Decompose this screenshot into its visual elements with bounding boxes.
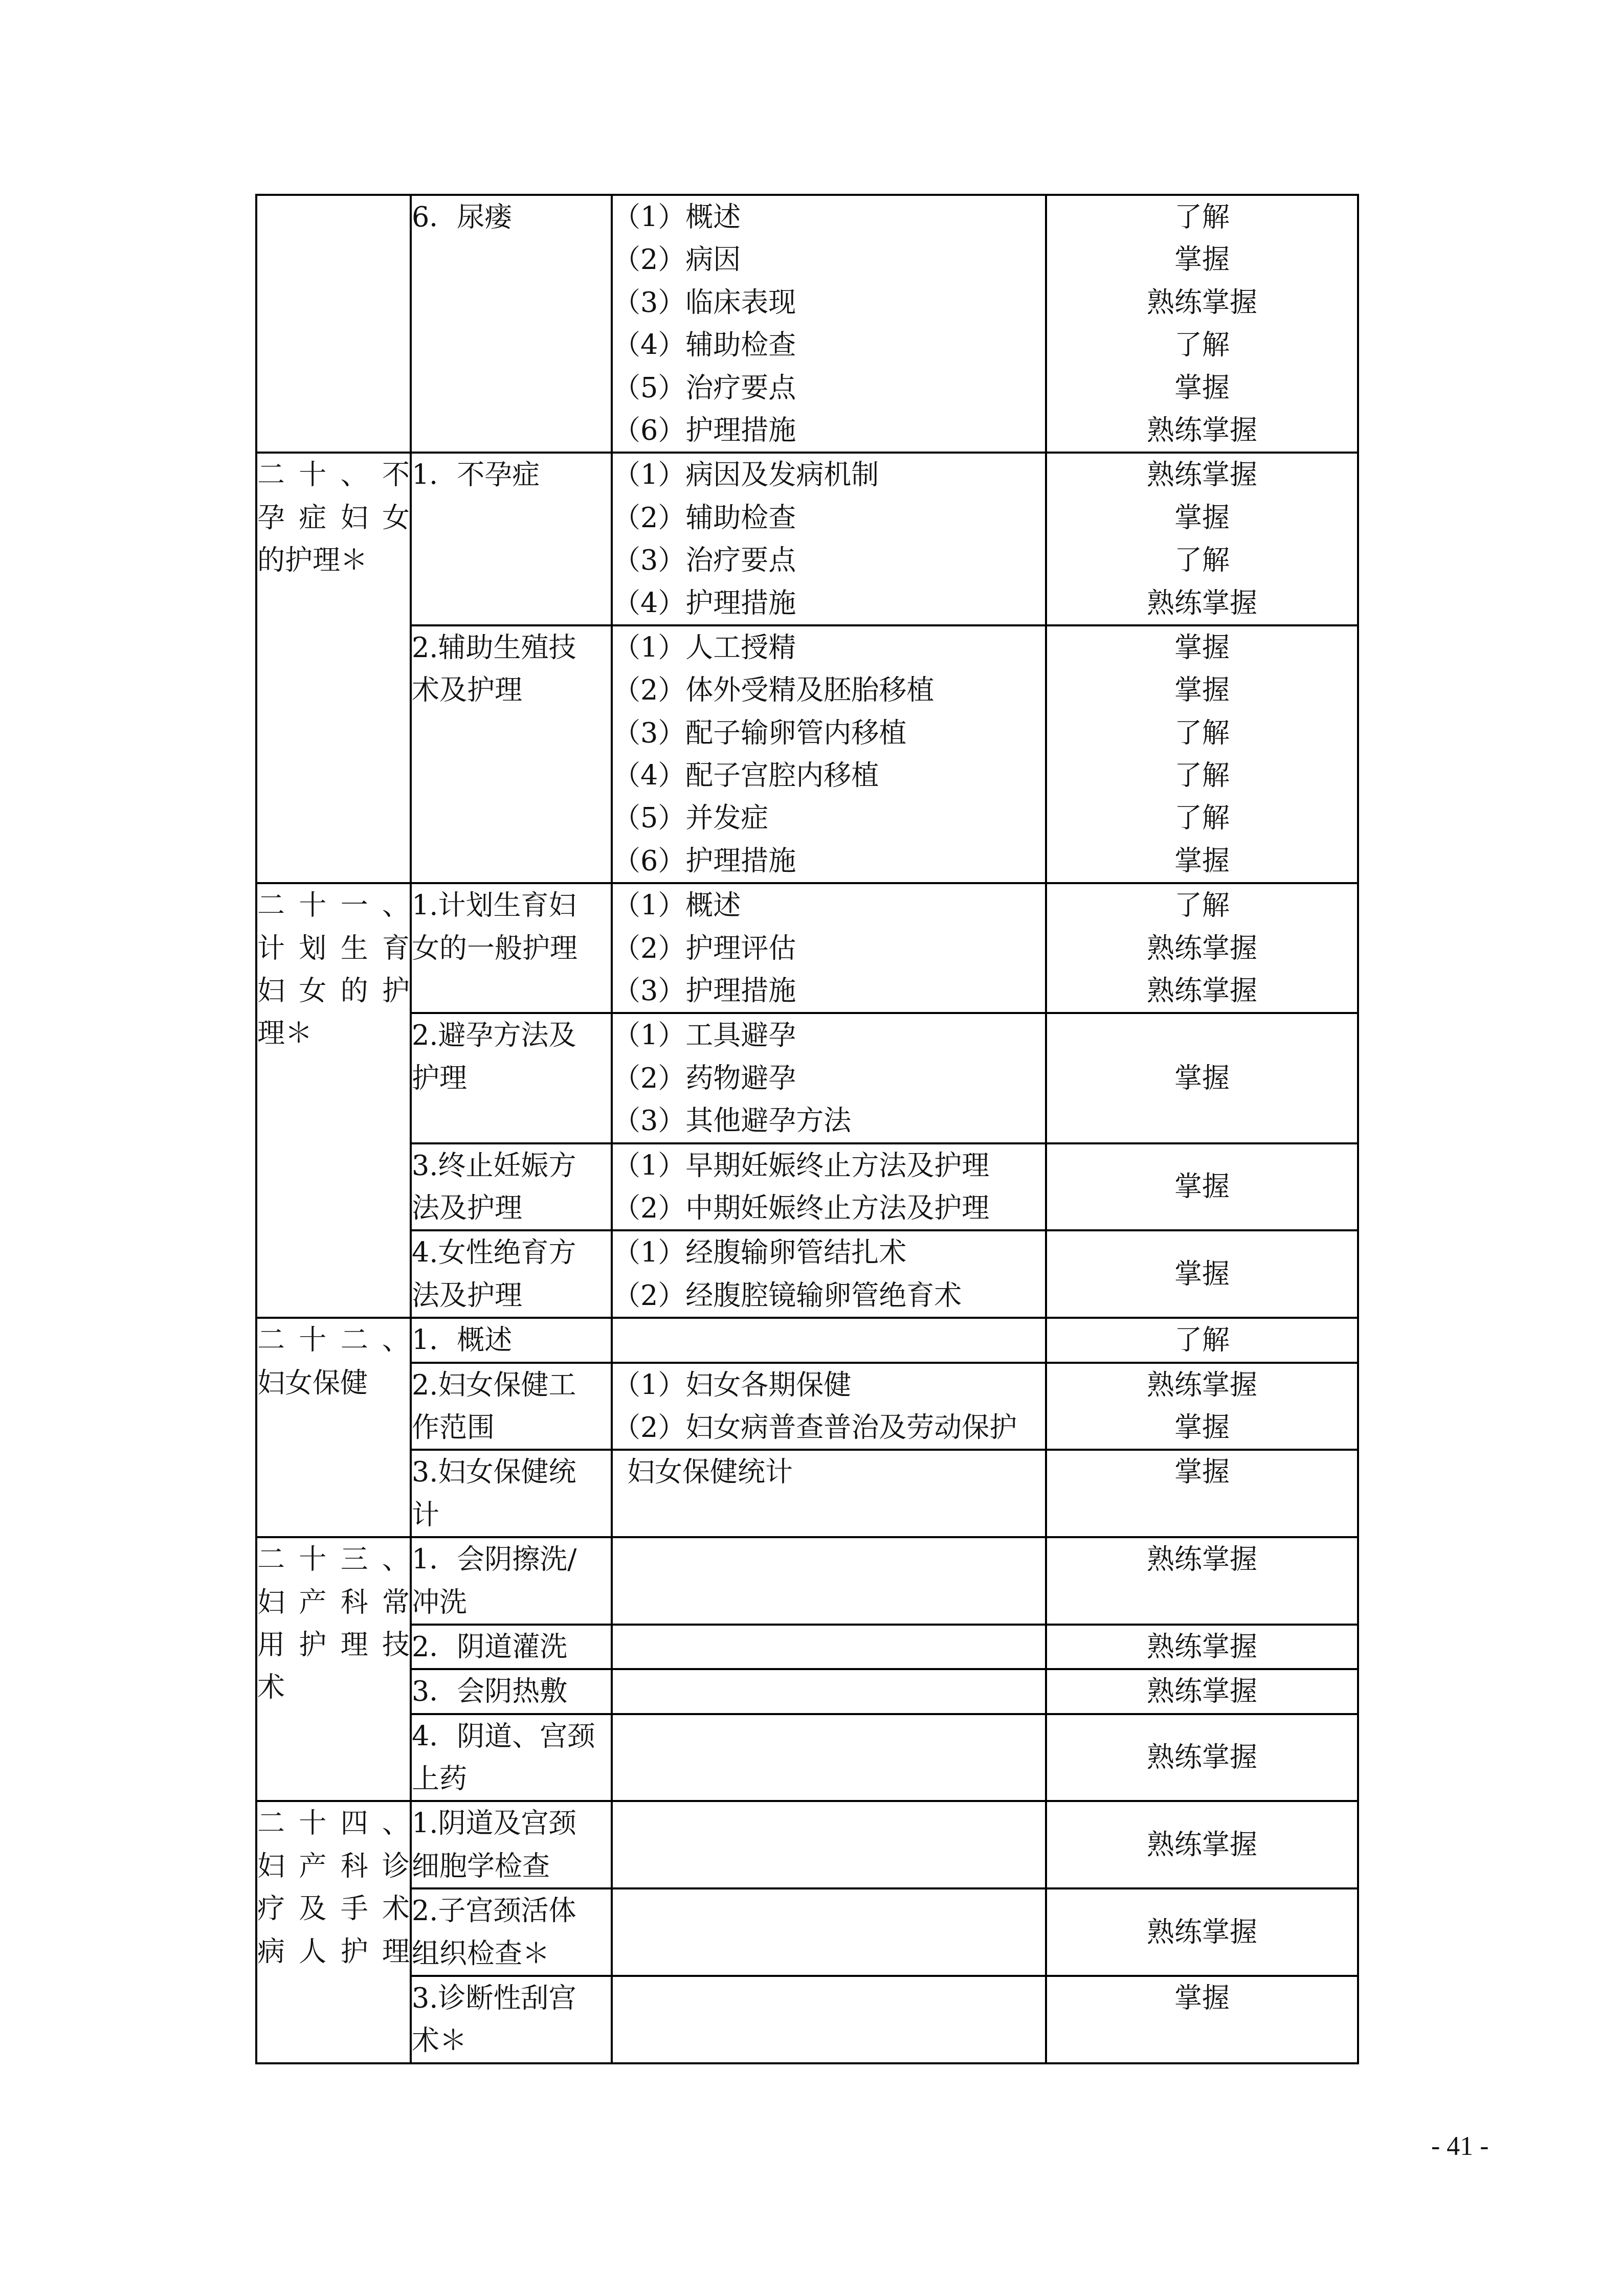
item-text: （1）概述 [613, 196, 1045, 238]
unit-text: 病人护理 [257, 1930, 410, 1973]
items-cell [612, 1801, 1046, 1888]
topic-text: 3．会阴热敷 [412, 1670, 611, 1713]
level-text: 掌握 [1047, 840, 1357, 882]
topic-text: 3.妇女保健统 [412, 1451, 611, 1493]
page-number: - 41 - [1431, 2131, 1489, 2162]
topic-text: 术及护理 [412, 669, 611, 711]
topic-cell: 2.子宫颈活体 组织检查＊ [411, 1888, 612, 1976]
level-text: 熟练掌握 [1047, 927, 1357, 970]
level-cell: 掌握 [1046, 1013, 1358, 1143]
level-text: 掌握 [1047, 1165, 1357, 1208]
items-cell [612, 1888, 1046, 1976]
level-text: 熟练掌握 [1047, 281, 1357, 324]
topic-text: 1．概述 [412, 1319, 611, 1361]
table-row: 3.妇女保健统 计 妇女保健统计 掌握 [256, 1450, 1358, 1537]
items-cell [612, 1318, 1046, 1362]
unit-text: 妇女的护 [257, 970, 410, 1012]
item-text: （2）病因 [613, 238, 1045, 281]
item-text: （2）经腹腔镜输卵管绝育术 [613, 1274, 1045, 1317]
items-cell [612, 1537, 1046, 1625]
unit-text: 二十三、 [257, 1538, 410, 1581]
item-text: （1）人工授精 [613, 626, 1045, 669]
unit-cell: 二十一、 计划生育 妇女的护 理＊ [256, 883, 411, 1318]
level-text: 掌握 [1047, 1451, 1357, 1493]
level-text: 掌握 [1047, 367, 1357, 409]
level-text: 掌握 [1047, 1057, 1357, 1099]
item-text: （2）护理评估 [613, 927, 1045, 970]
level-text: 了解 [1047, 324, 1357, 366]
level-text: 了解 [1047, 797, 1357, 839]
items-cell: （1）概述 （2）护理评估 （3）护理措施 [612, 883, 1046, 1013]
unit-cell: 二十三、 妇产科常 用护理技 术 [256, 1537, 411, 1801]
unit-text: 术 [257, 1666, 410, 1708]
topic-cell: 2.辅助生殖技 术及护理 [411, 625, 612, 883]
level-text: 了解 [1047, 196, 1357, 238]
topic-cell: 1．概述 [411, 1318, 612, 1362]
unit-cell: 二十四、 妇产科诊 疗及手术 病人护理 [256, 1801, 411, 2063]
topic-text: 2．阴道灌洗 [412, 1626, 611, 1668]
topic-text: 术＊ [412, 2019, 611, 2062]
topic-text: 法及护理 [412, 1187, 611, 1229]
item-text: （3）治疗要点 [613, 539, 1045, 581]
topic-text: 护理 [412, 1057, 611, 1099]
level-cell: 掌握 [1046, 1143, 1358, 1231]
topic-text: 细胞学检查 [412, 1845, 611, 1887]
items-cell: 妇女保健统计 [612, 1450, 1046, 1537]
level-cell: 了解 [1046, 1318, 1358, 1362]
topic-cell: 3．会阴热敷 [411, 1669, 612, 1714]
level-text: 了解 [1047, 539, 1357, 581]
item-text: （5）并发症 [613, 797, 1045, 839]
unit-text: 疗及手术 [257, 1887, 410, 1930]
level-text: 熟练掌握 [1047, 1824, 1357, 1866]
topic-text: 4.女性绝育方 [412, 1231, 611, 1274]
topic-cell: 1.阴道及宫颈 细胞学检查 [411, 1801, 612, 1888]
level-text: 掌握 [1047, 497, 1357, 539]
table-row: 3.终止妊娠方 法及护理 （1）早期妊娠终止方法及护理 （2）中期妊娠终止方法及… [256, 1143, 1358, 1231]
unit-cell [256, 195, 411, 453]
table-row: 6．尿瘘 （1）概述 （2）病因 （3）临床表现 （4）辅助检查 （5）治疗要点… [256, 195, 1358, 453]
topic-text: 1．不孕症 [412, 454, 611, 496]
level-cell: 了解 掌握 熟练掌握 了解 掌握 熟练掌握 [1046, 195, 1358, 453]
item-text: （1）工具避孕 [613, 1014, 1045, 1056]
level-text: 了解 [1047, 712, 1357, 754]
topic-cell: 6．尿瘘 [411, 195, 612, 453]
table-row: 二十一、 计划生育 妇女的护 理＊ 1.计划生育妇 女的一般护理 （1）概述 （… [256, 883, 1358, 1013]
item-text: （4）辅助检查 [613, 324, 1045, 366]
items-cell: （1）人工授精 （2）体外受精及胚胎移植 （3）配子输卵管内移植 （4）配子宫腔… [612, 625, 1046, 883]
level-cell: 掌握 [1046, 1230, 1358, 1318]
level-text: 了解 [1047, 754, 1357, 797]
topic-text: 女的一般护理 [412, 927, 611, 970]
level-cell: 掌握 掌握 了解 了解 了解 掌握 [1046, 625, 1358, 883]
topic-text: 2.避孕方法及 [412, 1014, 611, 1056]
level-text: 掌握 [1047, 1253, 1357, 1295]
topic-text: 1.阴道及宫颈 [412, 1802, 611, 1844]
topic-cell: 2.妇女保健工 作范围 [411, 1363, 612, 1450]
items-cell: （1）工具避孕 （2）药物避孕 （3）其他避孕方法 [612, 1013, 1046, 1143]
level-text: 熟练掌握 [1047, 970, 1357, 1012]
topic-cell: 4.女性绝育方 法及护理 [411, 1230, 612, 1318]
items-cell: （1）妇女各期保健 （2）妇女病普查普治及劳动保护 [612, 1363, 1046, 1450]
items-cell [612, 1625, 1046, 1669]
items-cell: （1）经腹输卵管结扎术 （2）经腹腔镜输卵管绝育术 [612, 1230, 1046, 1318]
level-cell: 熟练掌握 [1046, 1801, 1358, 1888]
unit-text: 妇女保健 [257, 1362, 410, 1404]
level-text: 熟练掌握 [1047, 409, 1357, 452]
level-text: 掌握 [1047, 626, 1357, 669]
level-cell: 掌握 [1046, 1976, 1358, 2063]
items-cell: （1）早期妊娠终止方法及护理 （2）中期妊娠终止方法及护理 [612, 1143, 1046, 1231]
topic-text: 冲洗 [412, 1581, 611, 1624]
level-cell: 熟练掌握 [1046, 1888, 1358, 1976]
item-text: （3）护理措施 [613, 970, 1045, 1012]
item-text: （3）配子输卵管内移植 [613, 712, 1045, 754]
item-text: （2）辅助检查 [613, 497, 1045, 539]
items-cell [612, 1976, 1046, 2063]
topic-text: 4．阴道、宫颈 [412, 1715, 611, 1758]
topic-cell: 3.妇女保健统 计 [411, 1450, 612, 1537]
item-text: （2）药物避孕 [613, 1057, 1045, 1099]
topic-text: 2.辅助生殖技 [412, 626, 611, 669]
level-text: 熟练掌握 [1047, 582, 1357, 624]
item-text: （1）经腹输卵管结扎术 [613, 1231, 1045, 1274]
unit-text: 二十二、 [257, 1319, 410, 1361]
level-cell: 了解 熟练掌握 熟练掌握 [1046, 883, 1358, 1013]
table-row: 2.子宫颈活体 组织检查＊ 熟练掌握 [256, 1888, 1358, 1976]
level-text: 熟练掌握 [1047, 454, 1357, 496]
table-row: 3．会阴热敷 熟练掌握 [256, 1669, 1358, 1714]
topic-cell: 2．阴道灌洗 [411, 1625, 612, 1669]
unit-text: 妇产科诊 [257, 1845, 410, 1887]
topic-text: 2.妇女保健工 [412, 1364, 611, 1406]
level-cell: 熟练掌握 掌握 了解 熟练掌握 [1046, 453, 1358, 625]
level-cell: 熟练掌握 [1046, 1714, 1358, 1802]
document-page: 6．尿瘘 （1）概述 （2）病因 （3）临床表现 （4）辅助检查 （5）治疗要点… [0, 0, 1624, 2296]
topic-cell: 3.诊断性刮宫 术＊ [411, 1976, 612, 2063]
unit-text: 二十、不 [257, 454, 410, 496]
items-cell: （1）概述 （2）病因 （3）临床表现 （4）辅助检查 （5）治疗要点 （6）护… [612, 195, 1046, 453]
level-text: 熟练掌握 [1047, 1538, 1357, 1581]
table-row: 2．阴道灌洗 熟练掌握 [256, 1625, 1358, 1669]
item-text: （4）护理措施 [613, 582, 1045, 624]
level-text: 熟练掌握 [1047, 1911, 1357, 1953]
table-row: 3.诊断性刮宫 术＊ 掌握 [256, 1976, 1358, 2063]
topic-cell: 4．阴道、宫颈 上药 [411, 1714, 612, 1802]
level-text: 掌握 [1047, 669, 1357, 711]
item-text: （6）护理措施 [613, 840, 1045, 882]
items-cell: （1）病因及发病机制 （2）辅助检查 （3）治疗要点 （4）护理措施 [612, 453, 1046, 625]
table-row: 2.妇女保健工 作范围 （1）妇女各期保健 （2）妇女病普查普治及劳动保护 熟练… [256, 1363, 1358, 1450]
level-text: 熟练掌握 [1047, 1736, 1357, 1779]
item-text: 妇女保健统计 [627, 1451, 1045, 1493]
level-text: 掌握 [1047, 1977, 1357, 2019]
topic-cell: 1.计划生育妇 女的一般护理 [411, 883, 612, 1013]
table-row: 二十、不 孕症妇女 的护理＊ 1．不孕症 （1）病因及发病机制 （2）辅助检查 … [256, 453, 1358, 625]
unit-text: 计划生育 [257, 927, 410, 970]
level-text: 了解 [1047, 884, 1357, 927]
level-cell: 熟练掌握 [1046, 1669, 1358, 1714]
item-text: （2）中期妊娠终止方法及护理 [613, 1187, 1045, 1229]
topic-text: 3.诊断性刮宫 [412, 1977, 611, 2019]
item-text: （3）其他避孕方法 [613, 1099, 1045, 1142]
unit-text: 的护理＊ [257, 539, 410, 581]
level-cell: 熟练掌握 掌握 [1046, 1363, 1358, 1450]
topic-text: 上药 [412, 1758, 611, 1800]
topic-cell: 1．不孕症 [411, 453, 612, 625]
level-text: 了解 [1047, 1319, 1357, 1361]
topic-text: 1.计划生育妇 [412, 884, 611, 927]
unit-cell: 二十二、 妇女保健 [256, 1318, 411, 1537]
topic-text: 2.子宫颈活体 [412, 1889, 611, 1932]
level-text: 掌握 [1047, 1406, 1357, 1449]
item-text: （1）妇女各期保健 [613, 1364, 1045, 1406]
table-row: 4．阴道、宫颈 上药 熟练掌握 [256, 1714, 1358, 1802]
syllabus-table: 6．尿瘘 （1）概述 （2）病因 （3）临床表现 （4）辅助检查 （5）治疗要点… [255, 194, 1359, 2064]
unit-text: 妇产科常 [257, 1581, 410, 1624]
item-text: （1）早期妊娠终止方法及护理 [613, 1144, 1045, 1187]
item-text: （1）概述 [613, 884, 1045, 927]
level-text: 熟练掌握 [1047, 1626, 1357, 1668]
table-row: 二十三、 妇产科常 用护理技 术 1．会阴擦洗/ 冲洗 熟练掌握 [256, 1537, 1358, 1625]
topic-text: 组织检查＊ [412, 1932, 611, 1975]
topic-text: 法及护理 [412, 1274, 611, 1317]
item-text: （3）临床表现 [613, 281, 1045, 324]
unit-text: 二十一、 [257, 884, 410, 927]
item-text: （2）体外受精及胚胎移植 [613, 669, 1045, 711]
topic-text: 计 [412, 1494, 611, 1536]
topic-cell: 2.避孕方法及 护理 [411, 1013, 612, 1143]
topic-text: 6．尿瘘 [412, 196, 611, 238]
topic-text: 3.终止妊娠方 [412, 1144, 611, 1187]
items-cell [612, 1714, 1046, 1802]
table-row: 二十四、 妇产科诊 疗及手术 病人护理 1.阴道及宫颈 细胞学检查 熟练掌握 [256, 1801, 1358, 1888]
topic-cell: 3.终止妊娠方 法及护理 [411, 1143, 612, 1231]
table-row: 2.辅助生殖技 术及护理 （1）人工授精 （2）体外受精及胚胎移植 （3）配子输… [256, 625, 1358, 883]
unit-text: 二十四、 [257, 1802, 410, 1844]
item-text: （6）护理措施 [613, 409, 1045, 452]
level-text: 熟练掌握 [1047, 1670, 1357, 1713]
table-row: 4.女性绝育方 法及护理 （1）经腹输卵管结扎术 （2）经腹腔镜输卵管绝育术 掌… [256, 1230, 1358, 1318]
item-text: （2）妇女病普查普治及劳动保护 [613, 1406, 1045, 1449]
topic-text: 1．会阴擦洗/ [412, 1538, 611, 1581]
unit-text: 孕症妇女 [257, 497, 410, 539]
item-text: （4）配子宫腔内移植 [613, 754, 1045, 797]
topic-text: 作范围 [412, 1406, 611, 1449]
item-text: （5）治疗要点 [613, 367, 1045, 409]
unit-text: 用护理技 [257, 1624, 410, 1666]
level-text: 掌握 [1047, 238, 1357, 281]
level-text: 熟练掌握 [1047, 1364, 1357, 1406]
topic-cell: 1．会阴擦洗/ 冲洗 [411, 1537, 612, 1625]
level-cell: 熟练掌握 [1046, 1625, 1358, 1669]
unit-text: 理＊ [257, 1012, 410, 1054]
table-row: 2.避孕方法及 护理 （1）工具避孕 （2）药物避孕 （3）其他避孕方法 掌握 [256, 1013, 1358, 1143]
item-text: （1）病因及发病机制 [613, 454, 1045, 496]
level-cell: 熟练掌握 [1046, 1537, 1358, 1625]
unit-cell: 二十、不 孕症妇女 的护理＊ [256, 453, 411, 883]
level-cell: 掌握 [1046, 1450, 1358, 1537]
table-row: 二十二、 妇女保健 1．概述 了解 [256, 1318, 1358, 1362]
items-cell [612, 1669, 1046, 1714]
